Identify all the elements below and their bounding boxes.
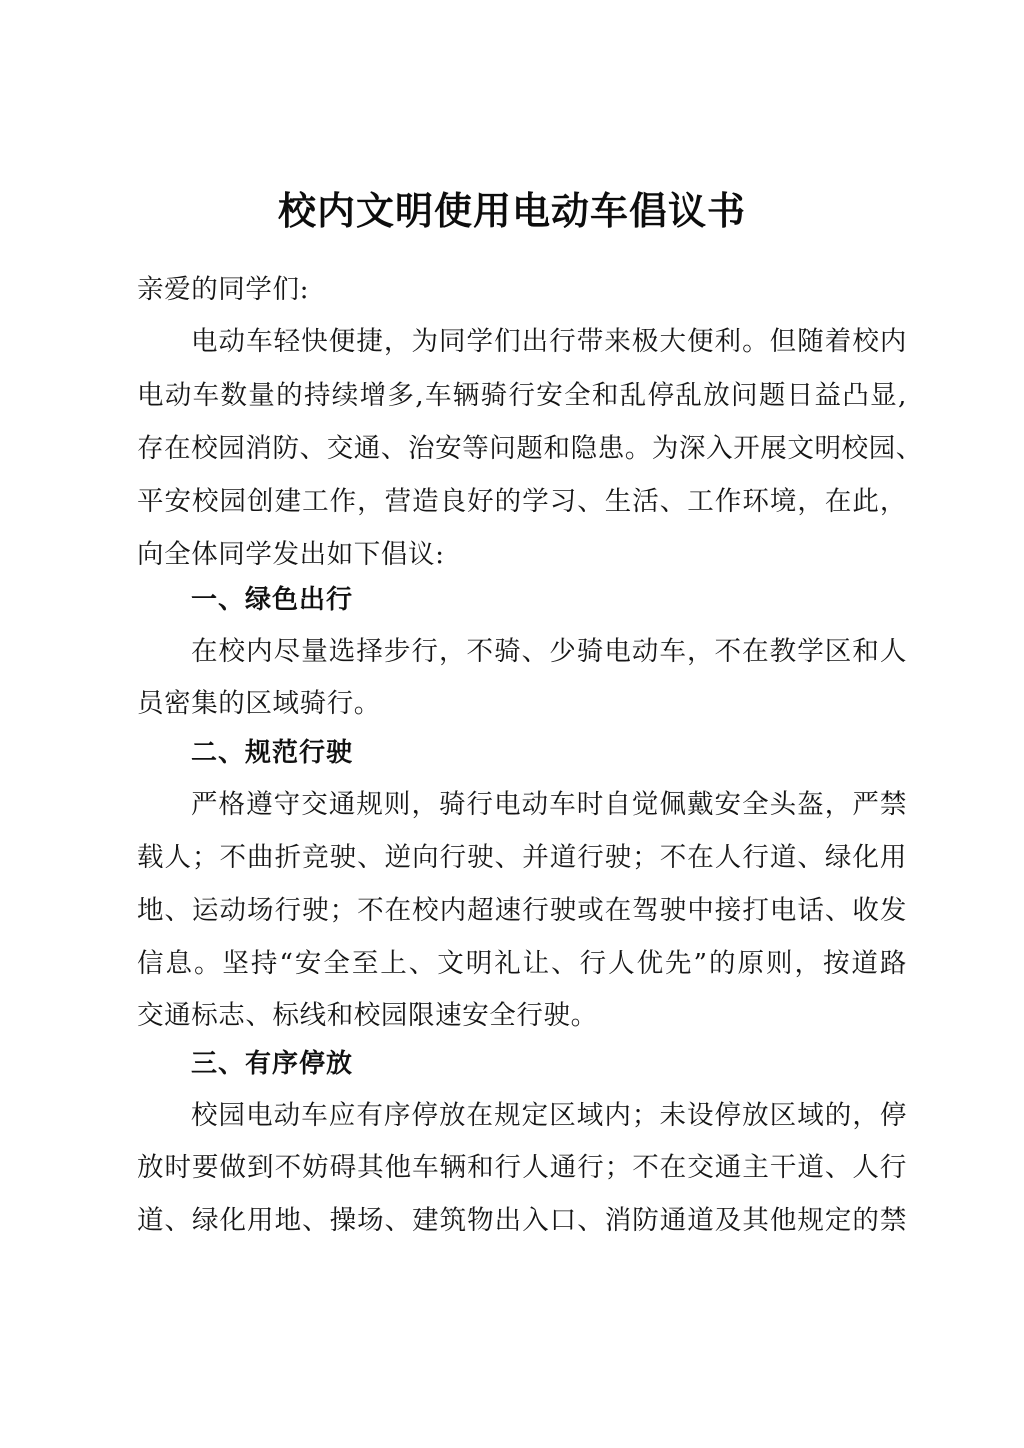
paragraph-line: 在校内尽量选择步行，不骑、少骑电动车，不在教学区和人 (191, 634, 907, 670)
section-heading: 二、规范行驶 (191, 735, 353, 771)
section-heading: 三、有序停放 (191, 1046, 353, 1082)
paragraph-line: 载人；不曲折竞驶、逆向行驶、并道行驶；不在人行道、绿化用 (137, 840, 907, 876)
paragraph-line: 存在校园消防、交通、治安等问题和隐患。为深入开展文明校园、 (137, 431, 907, 467)
paragraph-line: 向全体同学发出如下倡议: (137, 537, 907, 573)
paragraph-line: 校园电动车应有序停放在规定区域内；未设停放区域的，停 (191, 1098, 907, 1134)
paragraph-line: 交通标志、标线和校园限速安全行驶。 (137, 998, 907, 1034)
paragraph-line: 放时要做到不妨碍其他车辆和行人通行；不在交通主干道、人行 (137, 1150, 907, 1186)
salutation: 亲爱的同学们: (137, 272, 907, 308)
paragraph-line: 电动车轻快便捷，为同学们出行带来极大便利。但随着校内 (191, 324, 907, 360)
paragraph-line: 道、绿化用地、操场、建筑物出入口、消防通道及其他规定的禁 (137, 1203, 907, 1239)
paragraph-line: 地、运动场行驶；不在校内超速行驶或在驾驶中接打电话、收发 (137, 893, 907, 929)
section-heading: 一、绿色出行 (191, 582, 353, 618)
paragraph-line: 电动车数量的持续增多,车辆骑行安全和乱停乱放问题日益凸显, (137, 378, 907, 414)
paragraph-line: 严格遵守交通规则，骑行电动车时自觉佩戴安全头盔，严禁 (191, 787, 907, 823)
document-title: 校内文明使用电动车倡议书 (0, 186, 1024, 236)
paragraph-line: 信息。坚持“安全至上、文明礼让、行人优先”的原则，按道路 (137, 946, 907, 982)
paragraph-line: 员密集的区域骑行。 (137, 686, 907, 722)
paragraph-line: 平安校园创建工作，营造良好的学习、生活、工作环境，在此， (137, 484, 907, 520)
document-page: 校内文明使用电动车倡议书 亲爱的同学们: 电动车轻快便捷，为同学们出行带来极大便… (0, 0, 1024, 1448)
